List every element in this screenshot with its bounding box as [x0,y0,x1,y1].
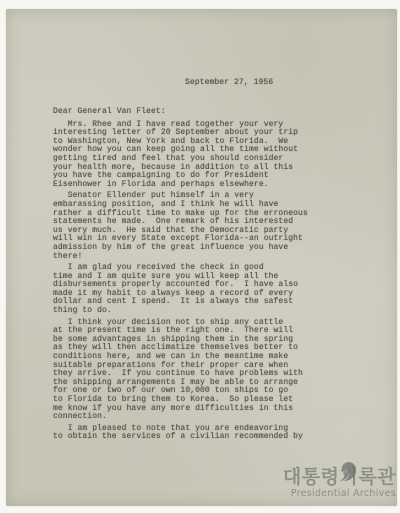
paragraph-rhee-trip: Mrs. Rhee and I have read together your … [53,121,358,190]
paragraph-civilian-services: I am pleased to note that you are endeav… [53,425,358,442]
watermark-english-text: Presidential Archives [283,488,396,500]
paragraph-senator-ellender: Senator Ellender put himself in a very e… [53,192,358,261]
watermark-korean-text: 대통령기록관 [283,467,396,487]
paragraph-cattle-shipping: I think your decision not to ship any ca… [53,319,358,422]
letter-page: September 27, 1956 Dear General Van Flee… [6,9,397,506]
letter-date: September 27, 1956 [185,79,273,88]
archives-watermark: 대통령기록관 Presidential Archives [283,467,396,500]
paragraph-check-disbursements: I am glad you received the check in good… [53,264,358,316]
salutation: Dear General Van Fleet: [53,108,358,117]
screenshot-root: { "letter": { "date": "September 27, 195… [0,0,400,513]
archives-logo-icon [338,461,358,483]
letter-body: Dear General Van Fleet: Mrs. Rhee and I … [53,108,358,442]
